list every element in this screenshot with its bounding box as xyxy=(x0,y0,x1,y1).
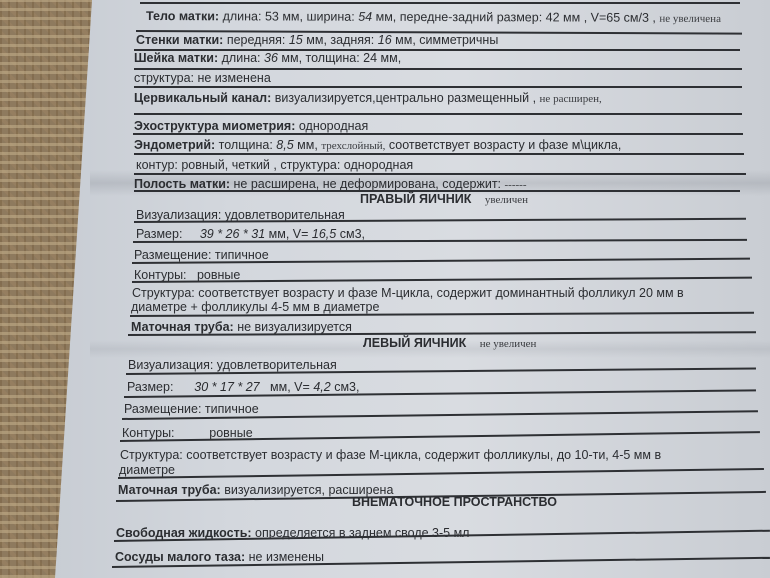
value-note: не увеличена xyxy=(659,13,721,25)
row-left-visualization: Визуализация: удовлетворительная xyxy=(128,358,337,372)
rule-line xyxy=(140,2,740,4)
value-status: не увеличен xyxy=(480,338,537,350)
value-text: Размещение: типичное xyxy=(134,248,269,262)
heading-text: ПРАВЫЙ ЯИЧНИК xyxy=(360,192,471,206)
value-text: Структура: соответствует возрасту и фазе… xyxy=(120,448,661,462)
row-endometrium: Эндометрий: толщина: 8,5 мм, трехслойный… xyxy=(134,138,621,152)
heading-text: ВНЕМАТОЧНОЕ ПРОСТРАНСТВО xyxy=(352,495,557,509)
label-cervix: Шейка матки: xyxy=(134,51,218,65)
heading-left-ovary: ЛЕВЫЙ ЯИЧНИК не увеличен xyxy=(363,336,536,350)
rule-line xyxy=(133,133,743,135)
row-cervix: Шейка матки: длина: 36 мм, толщина: 24 м… xyxy=(134,51,401,65)
label-tube: Маточная труба: xyxy=(118,483,221,497)
value-text: мм, xyxy=(297,138,318,152)
row-left-structure-cont: диаметре xyxy=(119,463,175,477)
value-text: однородная xyxy=(299,119,368,133)
value-text: длина: xyxy=(222,51,261,65)
value-text: см3, xyxy=(340,227,365,241)
value-text: не расширена, не деформирована, содержит… xyxy=(234,177,502,191)
value-text: контур: ровный, четкий , структура: одно… xyxy=(136,158,413,172)
heading-extrauterine: ВНЕМАТОЧНОЕ ПРОСТРАНСТВО xyxy=(352,495,557,509)
value-text: толщина: xyxy=(219,138,273,152)
row-right-size: Размер: 39 * 26 * 31 мм, V= 16,5 см3, xyxy=(136,227,365,241)
label-uterus-walls: Стенки матки: xyxy=(136,33,223,47)
value-text: структура: не изменена xyxy=(134,71,271,85)
value-thickness: 8,5 xyxy=(276,138,293,152)
label-uterine-cavity: Полость матки: xyxy=(134,177,230,191)
rule-line xyxy=(134,173,746,175)
value-text: диаметре xyxy=(119,463,175,477)
value-text: мм, задняя: xyxy=(306,33,374,47)
value-text: мм, симметричны xyxy=(395,33,498,47)
label-myometrium: Эхоструктура миометрия: xyxy=(134,119,295,133)
label-contours: Контуры: xyxy=(122,426,175,440)
row-uterine-cavity: Полость матки: не расширена, не деформир… xyxy=(134,177,527,191)
row-left-size: Размер: 30 * 17 * 27 мм, V= 4,2 см3, xyxy=(127,380,359,394)
label-size: Размер: xyxy=(127,380,173,394)
value-text: диаметре + фолликулы 4-5 мм в диаметре xyxy=(131,300,379,314)
rule-line xyxy=(118,468,764,479)
value-text: соответствует возрасту и фазе м\цикла, xyxy=(389,138,621,152)
heading-right-ovary: ПРАВЫЙ ЯИЧНИК увеличен xyxy=(360,192,528,206)
value-tube: не визуализируется xyxy=(237,320,352,334)
label-pelvic-vessels: Сосуды малого таза: xyxy=(115,550,245,564)
value-text: Визуализация: удовлетворительная xyxy=(128,358,337,372)
row-uterus-walls: Стенки матки: передняя: 15 мм, задняя: 1… xyxy=(136,33,498,47)
value-size: 39 * 26 * 31 xyxy=(200,227,265,241)
rule-line xyxy=(134,153,744,155)
value-text: мм, V= xyxy=(269,227,309,241)
label-cervical-canal: Цервикальный канал: xyxy=(134,91,271,105)
value-pelvic-vessels: не изменены xyxy=(249,550,324,564)
row-left-placement: Размещение: типичное xyxy=(124,402,259,416)
value-text: мм, V= xyxy=(270,380,310,394)
value-text: Размещение: типичное xyxy=(124,402,259,416)
row-left-structure: Структура: соответствует возрасту и фазе… xyxy=(120,448,661,462)
row-right-tube: Маточная труба: не визуализируется xyxy=(131,320,352,334)
value-posterior: 16 xyxy=(378,33,392,47)
value-text: передняя: xyxy=(227,33,286,47)
value-note: не расширен, xyxy=(540,93,602,105)
row-endometrium-contour: контур: ровный, четкий , структура: одно… xyxy=(136,158,413,172)
value-text: визуализируется,центрально размещенный , xyxy=(275,91,536,105)
row-cervix-structure: структура: не изменена xyxy=(134,71,271,85)
value-status: увеличен xyxy=(485,194,528,206)
label-endometrium: Эндометрий: xyxy=(134,138,215,152)
heading-text: ЛЕВЫЙ ЯИЧНИК xyxy=(363,336,466,350)
value-text: Структура: соответствует возрасту и фазе… xyxy=(132,286,684,300)
value-size: 30 * 17 * 27 xyxy=(194,380,259,394)
value-volume: 16,5 xyxy=(312,227,336,241)
value-length: 36 xyxy=(264,51,278,65)
rule-line xyxy=(134,113,742,115)
row-right-placement: Размещение: типичное xyxy=(134,248,269,262)
row-uterus-body: Тело матки: длина: 53 мм, ширина: 54 мм,… xyxy=(146,9,721,25)
value-text: длина: 53 мм, ширина: xyxy=(223,9,355,23)
row-right-structure: Структура: соответствует возрасту и фазе… xyxy=(132,286,684,300)
row-right-structure-cont: диаметре + фолликулы 4-5 мм в диаметре xyxy=(131,300,379,314)
value-anterior: 15 xyxy=(289,33,303,47)
rule-line xyxy=(134,68,742,70)
value-volume: 4,2 xyxy=(313,380,330,394)
row-cervical-canal: Цервикальный канал: визуализируется,цент… xyxy=(134,91,602,105)
value-text: мм, передне-задний размер: 42 мм , V=65 … xyxy=(376,10,656,25)
value-text: мм, толщина: 24 мм, xyxy=(281,51,401,65)
value-text: см3, xyxy=(334,380,359,394)
label-tube: Маточная труба: xyxy=(131,320,234,334)
row-myometrium: Эхоструктура миометрия: однородная xyxy=(134,119,368,133)
rule-line xyxy=(134,86,742,88)
value-note: трехслойный, xyxy=(321,140,385,152)
label-uterus-body: Тело матки: xyxy=(146,9,219,23)
value-width: 54 xyxy=(358,10,372,24)
row-pelvic-vessels: Сосуды малого таза: не изменены xyxy=(115,550,324,564)
label-size: Размер: xyxy=(136,227,182,241)
ultrasound-report-sheet: Тело матки: длина: 53 мм, ширина: 54 мм,… xyxy=(0,0,770,578)
